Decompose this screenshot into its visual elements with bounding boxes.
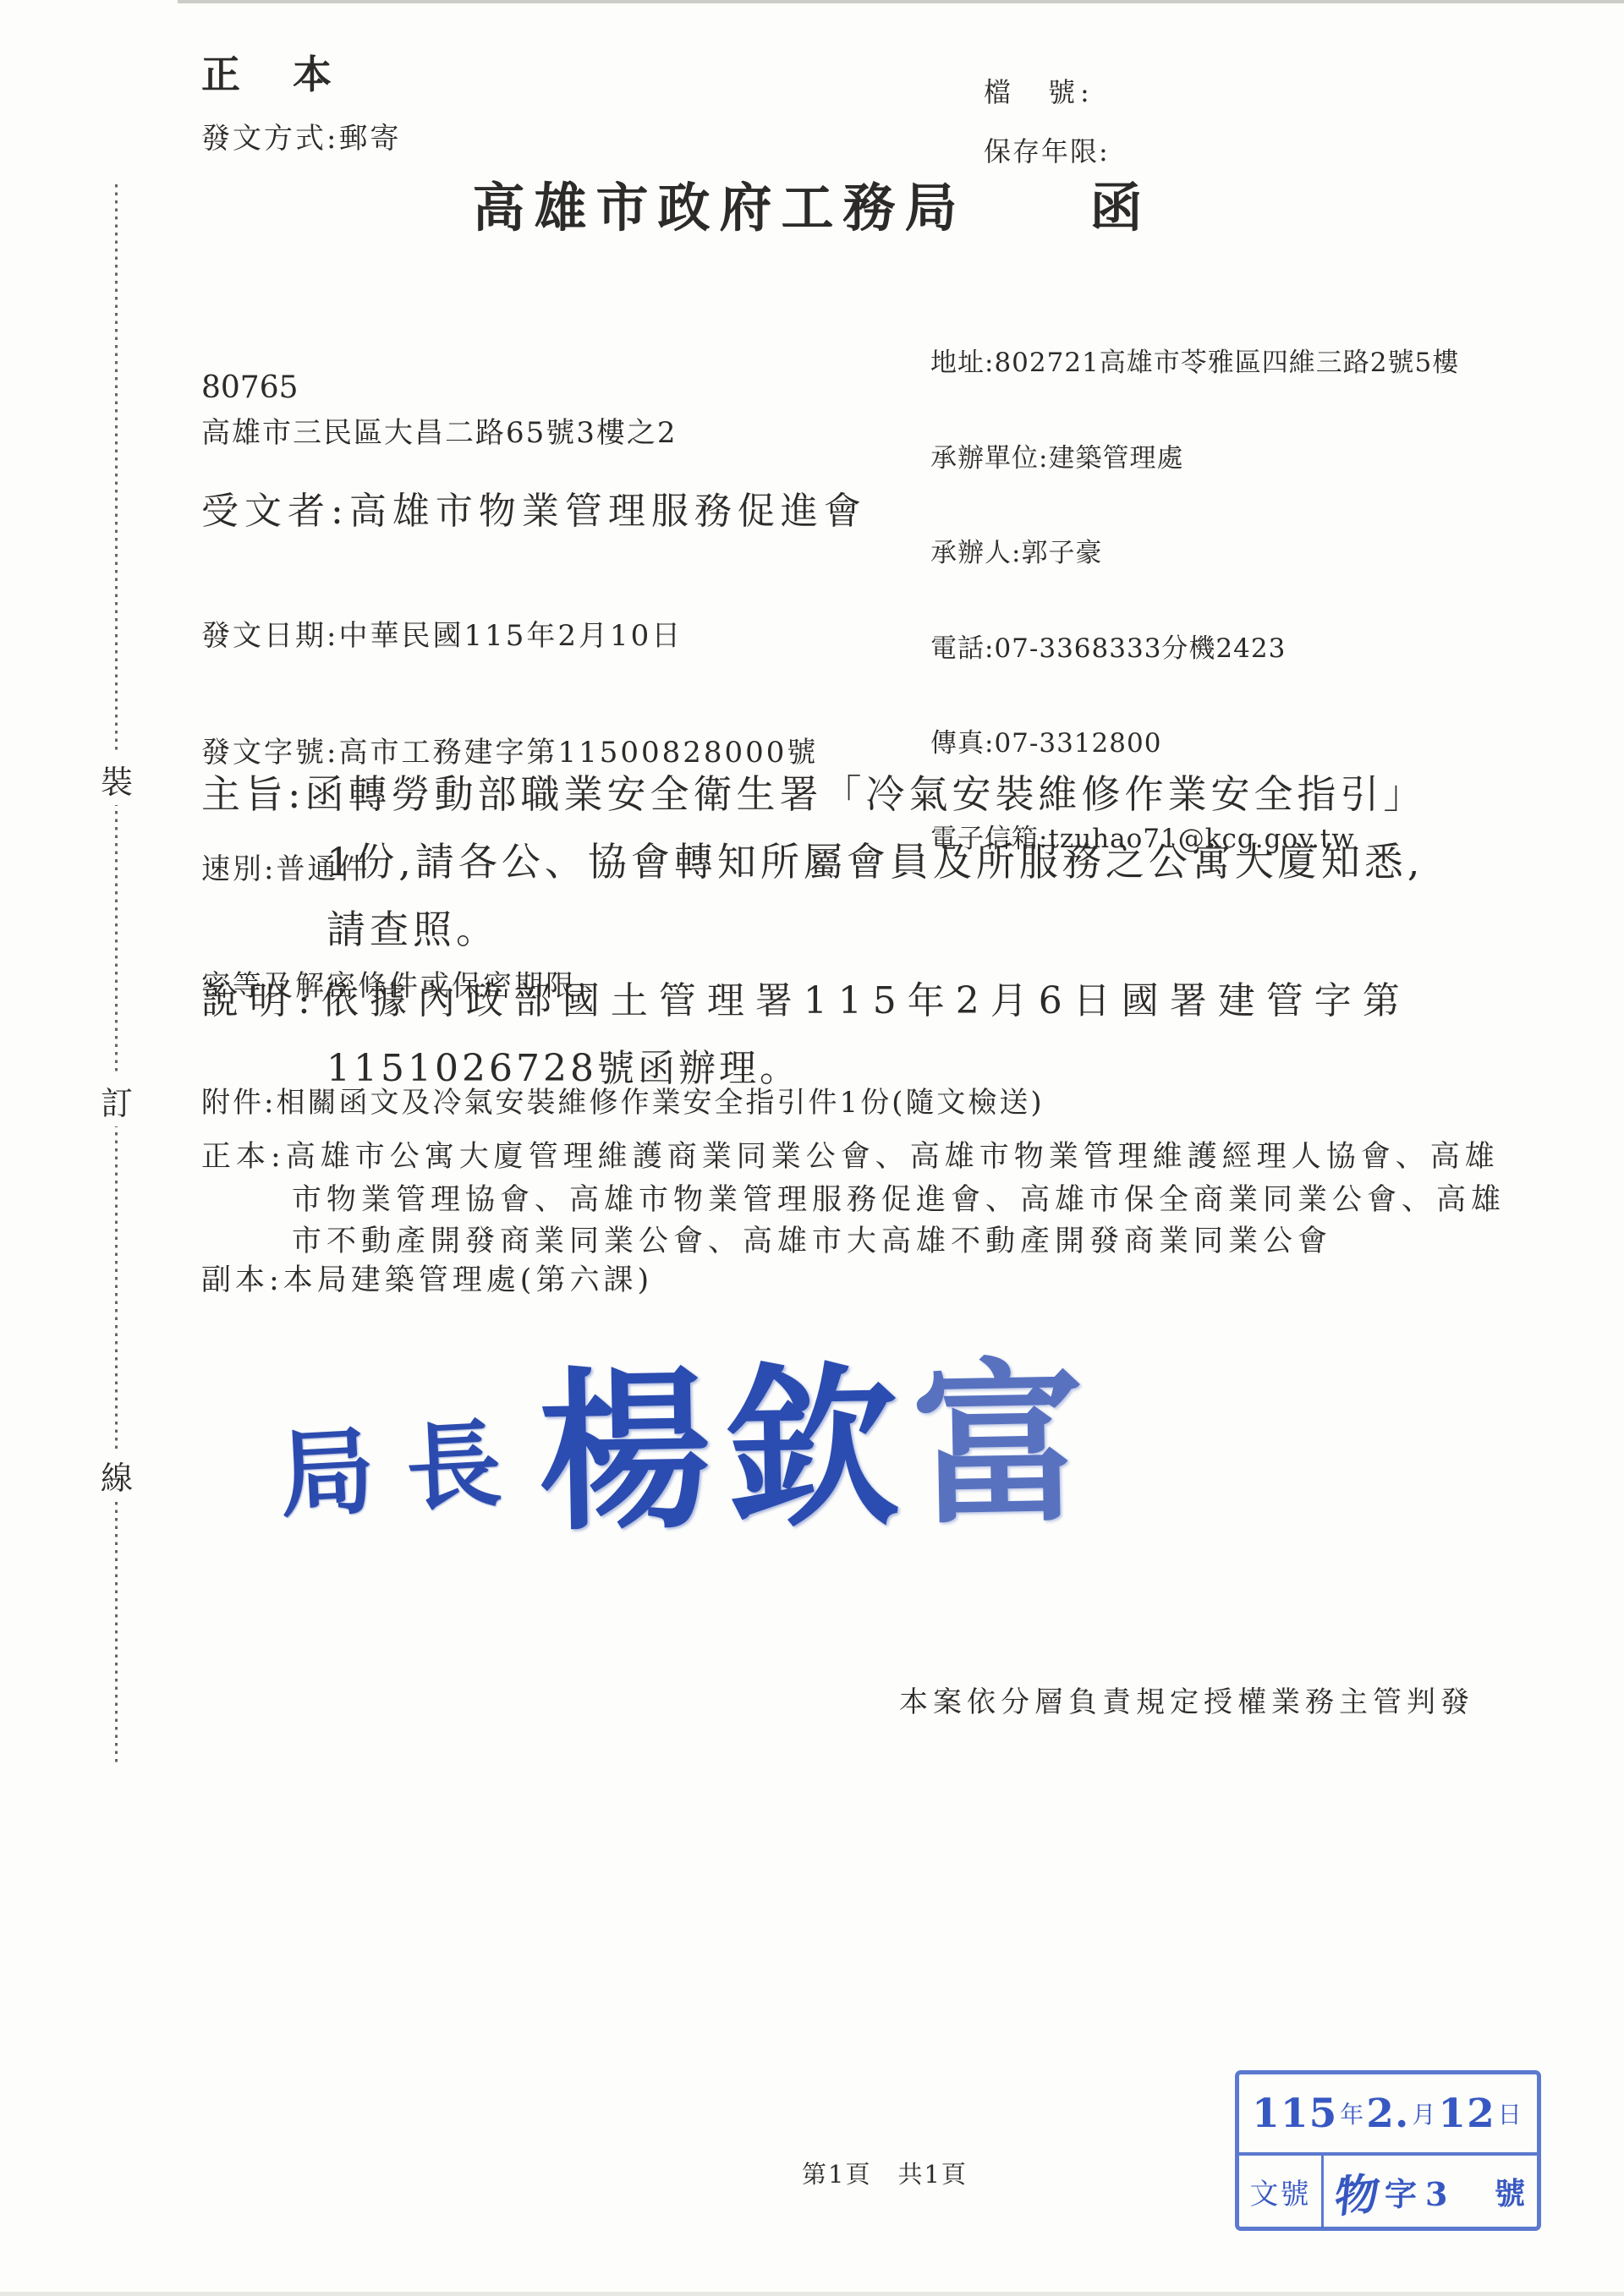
recipient-zip: 80765	[201, 370, 299, 405]
document-title: 高雄市政府工務局 函	[0, 166, 1624, 241]
stamp-date-row: 115年2.月12日	[1239, 2074, 1537, 2156]
retention-period-label: 保存年限:	[984, 130, 1110, 169]
file-number-label: 檔 號:	[984, 71, 1095, 110]
original-recipients-line-2: 市物業管理協會、高雄市物業管理服務促進會、高雄市保全商業同業公會、高雄	[292, 1176, 1506, 1219]
page-number: 第1頁 共1頁	[802, 2156, 968, 2190]
recipient-line: 受文者:高雄市物業管理服務促進會	[201, 480, 867, 534]
signature-name-first: 楊欽	[536, 1345, 913, 1555]
copy-recipients-line: 副本:本局建築管理處(第六課)	[201, 1257, 653, 1299]
stamp-docno-label: 文號	[1239, 2156, 1324, 2228]
subject-line-2: 1份,請各公、協會轉知所屬會員及所服務之公寓大廈知悉,	[326, 831, 1424, 887]
stamp-docno-value: 物 字3 號	[1324, 2156, 1537, 2228]
agency-address: 地址:802721高雄市苓雅區四維三路2號5樓	[930, 348, 1459, 380]
binding-mark-zhuang: 裝	[101, 753, 133, 805]
stamp-year-unit: 年	[1340, 2096, 1363, 2130]
scan-edge-artifact-bottom	[0, 2292, 1624, 2296]
stamp-year: 115	[1252, 2091, 1337, 2137]
subject-line-1: 主旨:函轉勞動部職業安全衛生署「冷氣安裝維修作業安全指引」	[201, 764, 1427, 819]
stamp-docno-rest: 字3	[1385, 2168, 1456, 2215]
dispatch-method: 發文方式:郵寄	[201, 115, 401, 156]
stamp-month-unit: 月	[1412, 2096, 1435, 2130]
issue-date: 發文日期:中華民國115年2月10日	[201, 616, 1045, 655]
stamp-day: 12	[1438, 2091, 1495, 2137]
received-date-stamp: 115年2.月12日 文號 物 字3 號	[1235, 2070, 1541, 2231]
description-line-1: 說明:依據內政部國土管理署115年2月6日國署建管字第	[201, 970, 1411, 1024]
director-name-signature: 楊欽富	[535, 1304, 1100, 1564]
binding-mark-xian: 線	[101, 1449, 133, 1501]
copy-type-label: 正 本	[201, 44, 338, 100]
binding-mark-ding: 訂	[101, 1075, 133, 1126]
signature-name-last: 富	[910, 1342, 1100, 1548]
description-line-2: 1151026728號函辦理。	[326, 1038, 800, 1092]
stamp-day-unit: 日	[1498, 2096, 1522, 2130]
binding-dotted-line	[115, 184, 118, 1764]
director-title-signature: 局長	[276, 1387, 536, 1536]
recipient-address: 高雄市三民區大昌二路65號3樓之2	[201, 409, 678, 451]
stamp-docno-row: 文號 物 字3 號	[1239, 2156, 1537, 2228]
original-recipients-line-3: 市不動產開發商業同業公會、高雄市大高雄不動產開發商業同業公會	[292, 1218, 1332, 1260]
stamp-docno-suffix: 號	[1495, 2170, 1525, 2213]
authorization-note: 本案依分層負責規定授權業務主管判發	[899, 1679, 1474, 1720]
original-recipients-line-1: 正本:高雄市公寓大廈管理維護商業同業公會、高雄市物業管理維護經理人協會、高雄	[201, 1133, 1500, 1175]
scan-edge-artifact	[178, 0, 1624, 3]
stamp-month: 2.	[1366, 2091, 1409, 2137]
agency-unit: 承辦單位:建築管理處	[930, 443, 1459, 475]
subject-line-3: 請查照。	[326, 899, 499, 955]
stamp-docno-handwritten: 物	[1332, 2157, 1384, 2225]
